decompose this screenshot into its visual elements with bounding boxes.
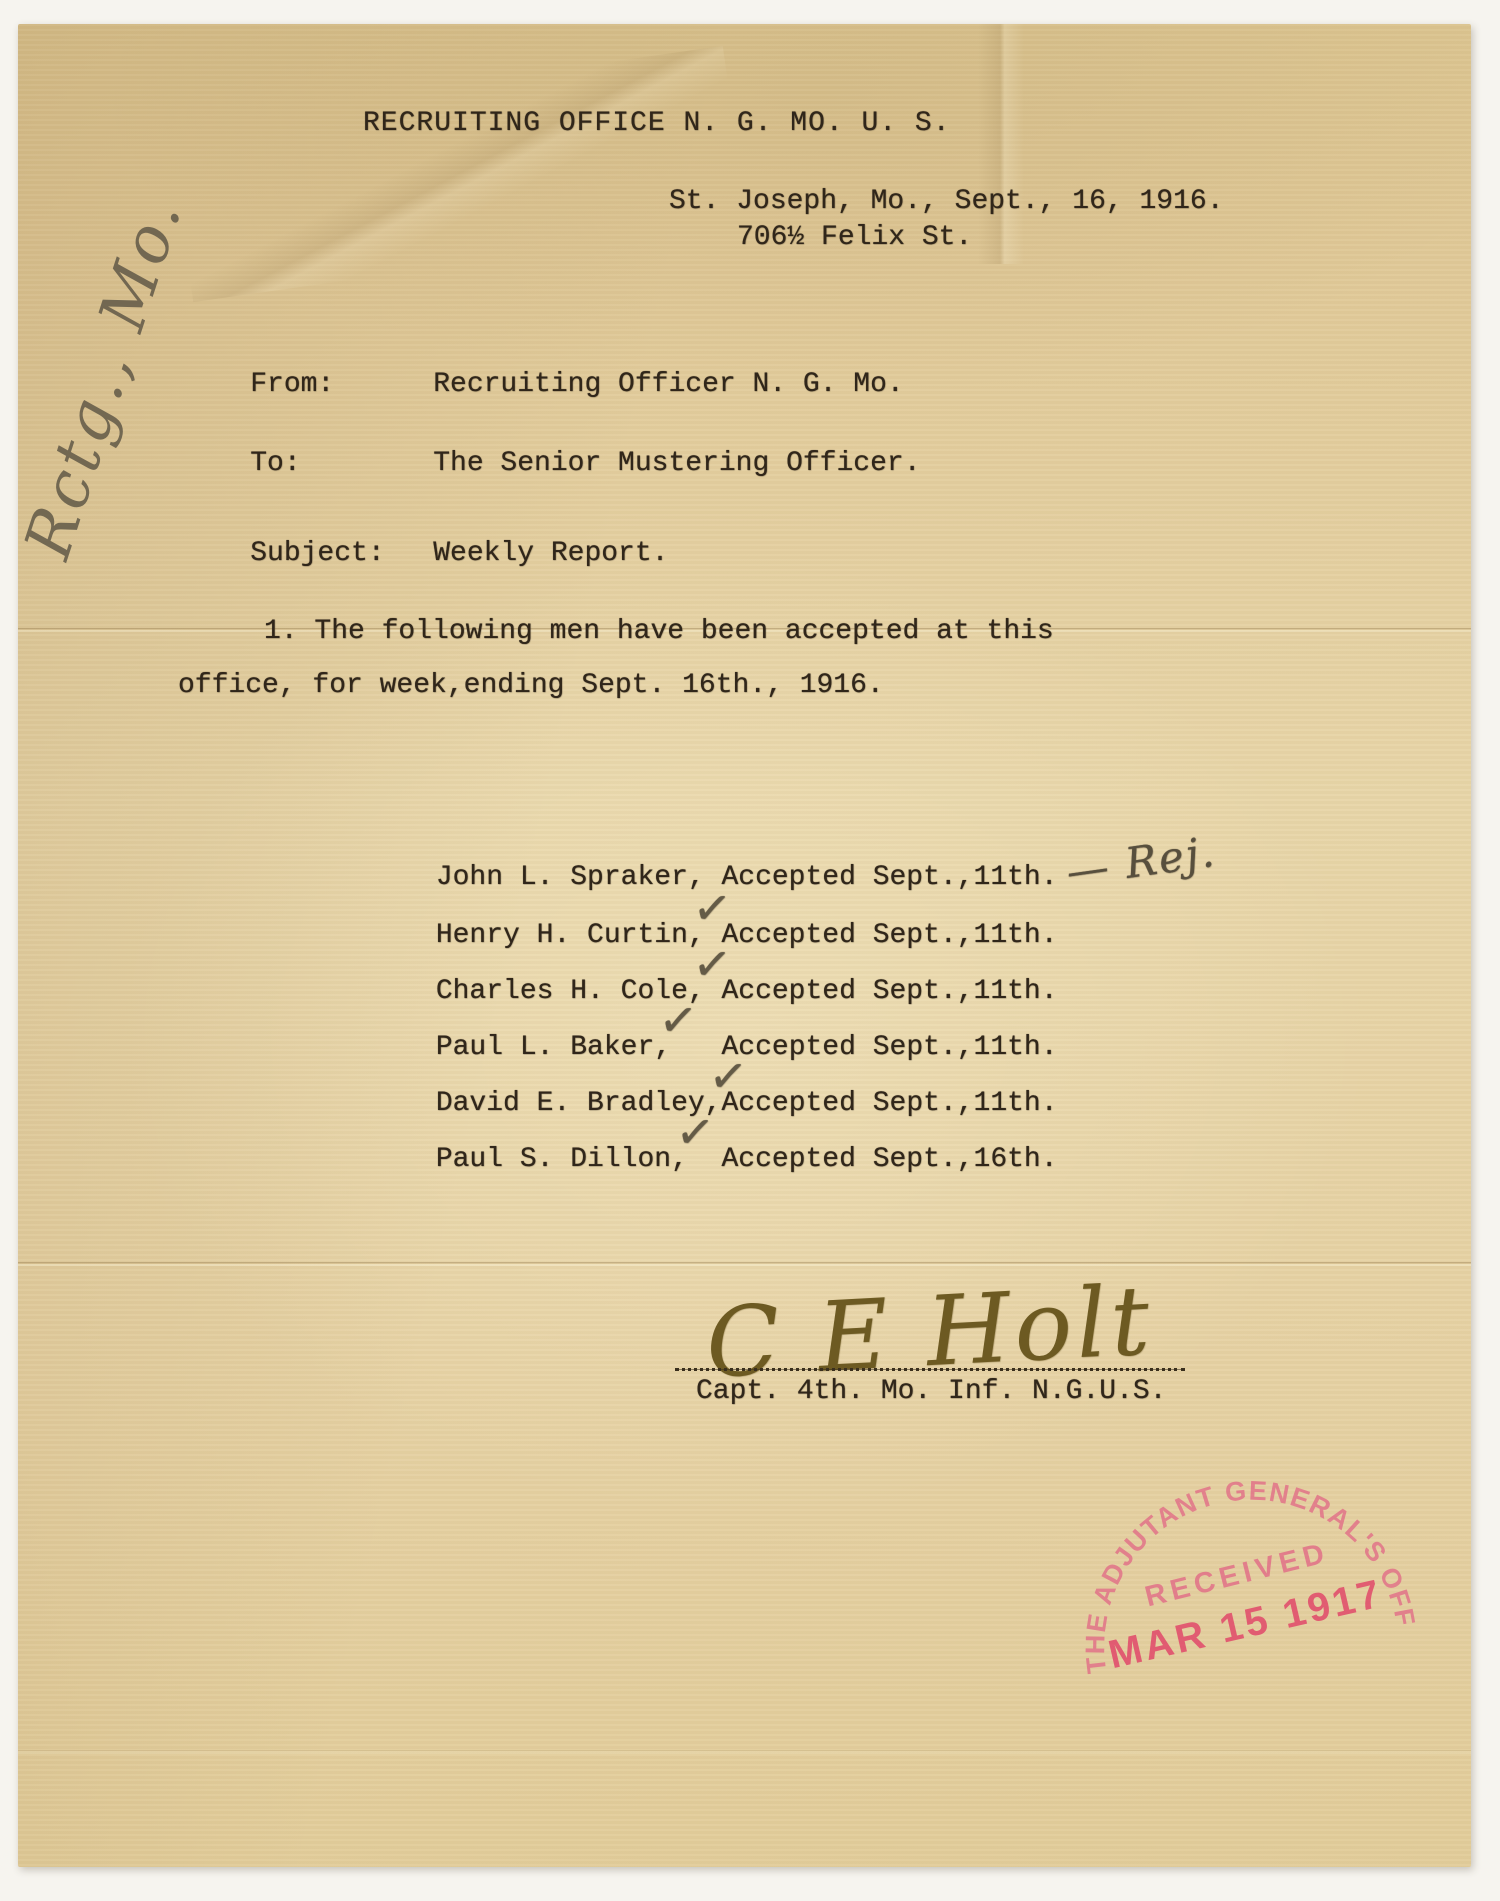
subject-label: Subject:: [250, 538, 433, 569]
paper-crease-diagonal: [168, 46, 748, 302]
from-value: Recruiting Officer N. G. Mo.: [433, 369, 903, 400]
field-subject: Subject:Weekly Report.: [183, 507, 668, 600]
dateline: St. Joseph, Mo., Sept., 16, 1916.: [669, 186, 1224, 217]
fold-line-lower: [18, 1262, 1471, 1266]
roster-row-curtin: Henry H. Curtin,✓ Accepted Sept.,11th.: [335, 842, 1208, 898]
roster-row-baker: Paul L. Baker,✓ Accepted Sept.,11th.: [335, 954, 1208, 1010]
subject-value: Weekly Report.: [433, 538, 668, 569]
body-paragraph-line2: office, for week,ending Sept. 16th., 191…: [178, 670, 884, 701]
signature-rule: [675, 1368, 1185, 1371]
return-address: 706½ Felix St.: [737, 222, 972, 253]
recruit-name: Paul S. Dillon,: [436, 1144, 688, 1175]
fold-line-bottom: [18, 1750, 1471, 1754]
paper-crease-vertical: [978, 24, 1024, 264]
to-value: The Senior Mustering Officer.: [433, 448, 920, 479]
signature-title: Capt. 4th. Mo. Inf. N.G.U.S.: [696, 1376, 1166, 1407]
letter-paper: Rctg., Mo. RECRUITING OFFICE N. G. MO. U…: [18, 24, 1471, 1867]
roster-row-spraker: John L. Spraker, Accepted Sept.,11th.— R…: [335, 786, 1208, 842]
roster-row-dillon: Paul S. Dillon,✓ Accepted Sept.,16th.: [335, 1066, 1208, 1122]
roster-row-bradley: David E. Bradley,✓Accepted Sept.,11th.: [335, 1010, 1208, 1066]
letter-heading: RECRUITING OFFICE N. G. MO. U. S.: [363, 108, 951, 139]
body-paragraph-line1: 1. The following men have been accepted …: [264, 616, 1054, 647]
field-to: To:The Senior Mustering Officer.: [183, 417, 921, 510]
to-label: To:: [250, 448, 433, 479]
accepted-date: Accepted Sept.,16th.: [688, 1144, 1058, 1175]
roster-row-cole: Charles H. Cole,✓ Accepted Sept.,11th.: [335, 898, 1208, 954]
roster-list: John L. Spraker, Accepted Sept.,11th.— R…: [335, 786, 1208, 1122]
from-label: From:: [250, 369, 433, 400]
received-stamp: THE ADJUTANT GENERAL'S OFFICE RECEIVED M…: [1049, 1424, 1427, 1729]
pencil-checkmark-icon: ✓: [673, 1102, 679, 1158]
scanned-letter-page: { "document": { "header": "RECRUITING OF…: [0, 0, 1500, 1901]
